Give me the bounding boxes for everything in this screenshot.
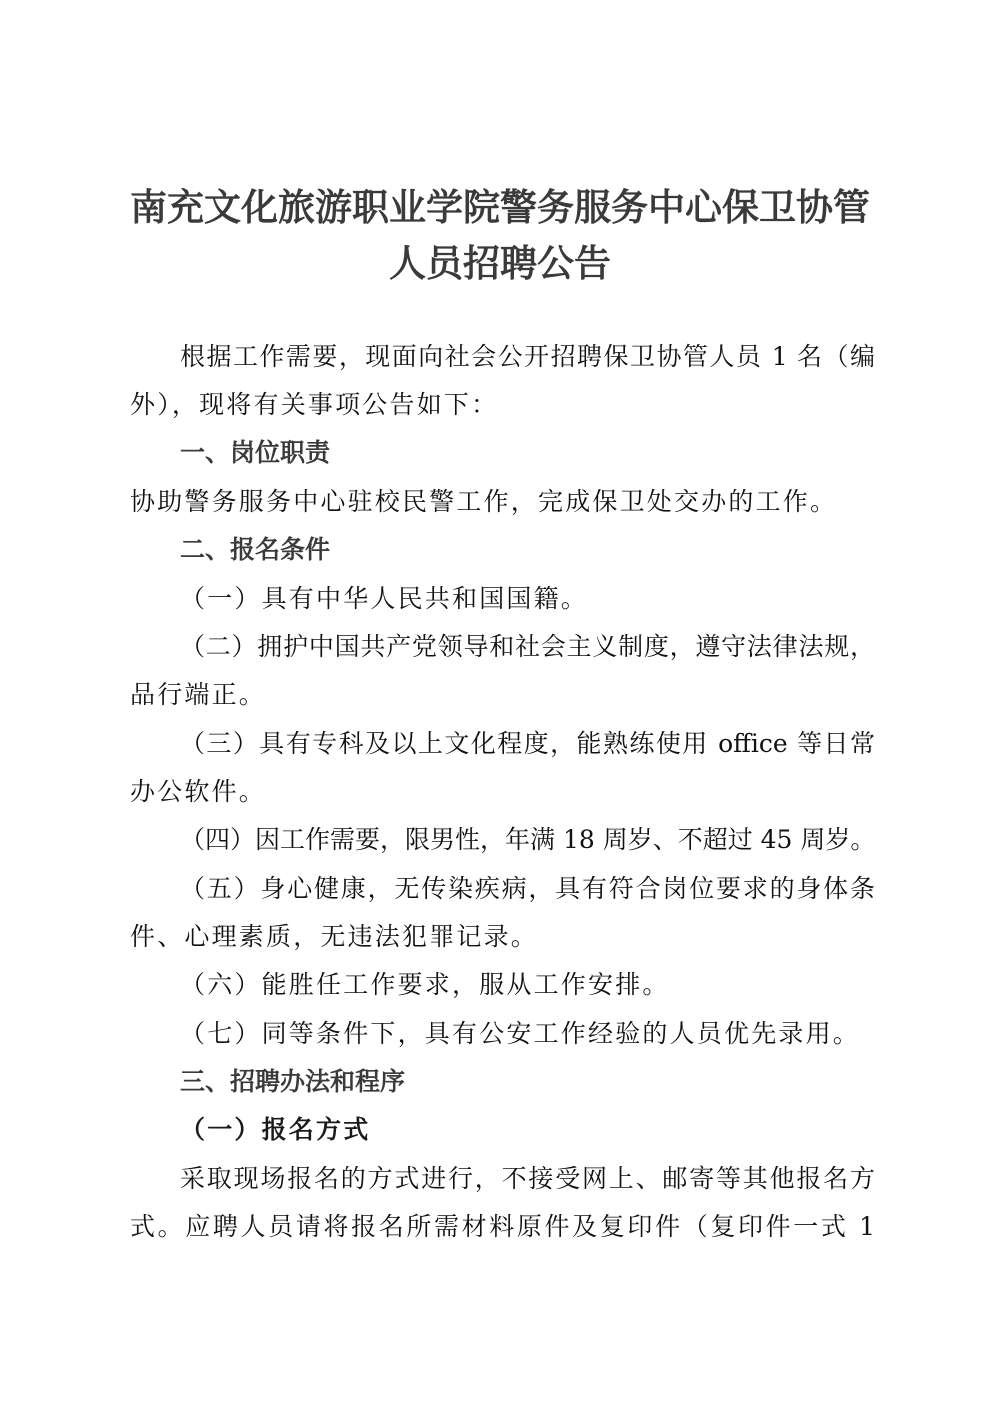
requirement-5-line-1: （五）身心健康，无传染疾病，具有符合岗位要求的身体条 — [180, 872, 875, 906]
requirement-5-line-2: 件、心理素质，无违法犯罪记录。 — [130, 920, 875, 954]
intro-line-1: 根据工作需要，现面向社会公开招聘保卫协管人员 1 名（编 — [180, 340, 875, 374]
section-heading-procedure: 三、招聘办法和程序 — [180, 1065, 875, 1099]
registration-line-1: 采取现场报名的方式进行，不接受网上、邮寄等其他报名方 — [180, 1162, 875, 1196]
subsection-heading-registration: （一）报名方式 — [180, 1113, 875, 1147]
intro-line-2: 外），现将有关事项公告如下： — [130, 388, 875, 422]
requirement-3-line-1: （三）具有专科及以上文化程度，能熟练使用 office 等日常 — [180, 727, 875, 761]
duties-text: 协助警务服务中心驻校民警工作，完成保卫处交办的工作。 — [130, 485, 875, 519]
title-line-1: 南充文化旅游职业学院警务服务中心保卫协管 — [120, 180, 880, 236]
requirement-6: （六）能胜任工作要求，服从工作安排。 — [180, 968, 875, 1002]
requirement-7: （七）同等条件下，具有公安工作经验的人员优先录用。 — [180, 1017, 875, 1051]
registration-line-2: 式。应聘人员请将报名所需材料原件及复印件（复印件一式 1 — [130, 1210, 875, 1244]
requirement-2-line-1: （二）拥护中国共产党领导和社会主义制度，遵守法律法规， — [180, 630, 875, 664]
requirement-3-line-2: 办公软件。 — [130, 775, 875, 809]
requirement-1: （一）具有中华人民共和国国籍。 — [180, 582, 875, 616]
section-heading-requirements: 二、报名条件 — [180, 533, 875, 567]
document-page: 南充文化旅游职业学院警务服务中心保卫协管 人员招聘公告 根据工作需要，现面向社会… — [0, 0, 1000, 1415]
section-heading-duties: 一、岗位职责 — [180, 436, 875, 470]
requirement-2-line-2: 品行端正。 — [130, 678, 875, 712]
requirement-4: （四）因工作需要，限男性，年满 18 周岁、不超过 45 周岁。 — [180, 823, 875, 857]
page-title: 南充文化旅游职业学院警务服务中心保卫协管 人员招聘公告 — [120, 180, 880, 292]
title-line-2: 人员招聘公告 — [120, 236, 880, 292]
